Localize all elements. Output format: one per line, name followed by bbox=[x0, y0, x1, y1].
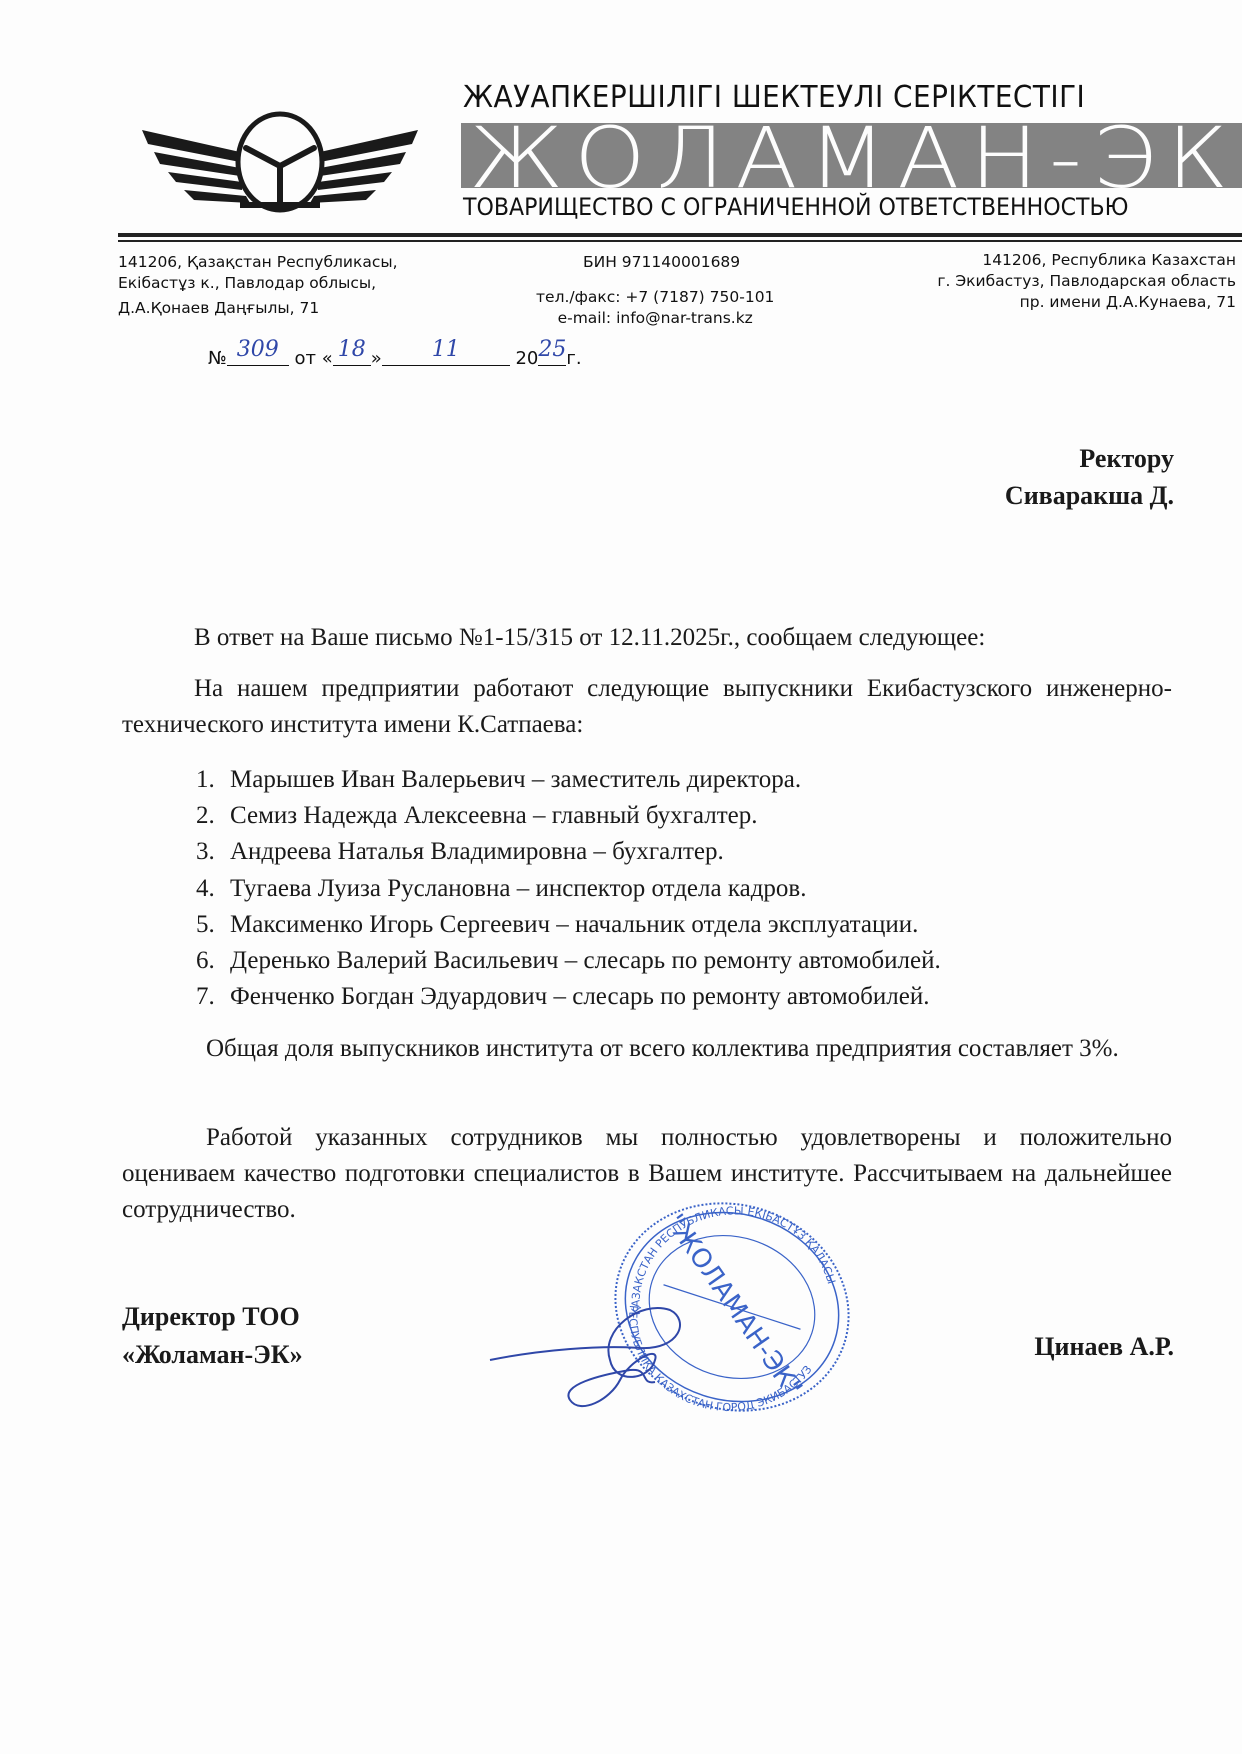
contacts: тел./факс: +7 (7187) 750-101 e-mail: inf… bbox=[536, 287, 774, 329]
list-text: Тугаева Луиза Руслановна – инспектор отд… bbox=[230, 871, 807, 907]
from-label: от « bbox=[294, 348, 332, 369]
outgoing-number: 309 bbox=[237, 337, 279, 362]
address-russian: 141206, Республика Казахстан г. Экибасту… bbox=[937, 250, 1236, 313]
company-type-russian: ТОВАРИЩЕСТВО С ОГРАНИЧЕННОЙ ОТВЕТСТВЕННО… bbox=[463, 193, 1128, 221]
winged-emblem-icon bbox=[140, 110, 420, 220]
position-title: Директор ТОО bbox=[122, 1298, 303, 1336]
addressee-title: Ректору bbox=[1005, 440, 1174, 477]
address-ru-line: г. Экибастуз, Павлодарская область bbox=[937, 271, 1236, 292]
graduates-list: 1.Марышев Иван Валерьевич – заместитель … bbox=[196, 762, 941, 1015]
position-company: «Жоламан-ЭК» bbox=[122, 1336, 303, 1374]
company-type-kazakh: ЖАУАПКЕРШІЛІГІ ШЕКТЕУЛІ СЕРІКТЕСТІГІ bbox=[463, 80, 1085, 115]
month-field: 11 bbox=[382, 345, 510, 366]
year-prefix: 20 bbox=[515, 348, 538, 369]
list-text: Марышев Иван Валерьевич – заместитель ди… bbox=[230, 762, 801, 798]
address-kz-line: Д.А.Қонаев Даңғылы, 71 bbox=[118, 298, 398, 319]
year-field: 25 bbox=[538, 345, 566, 366]
month-value: 11 bbox=[432, 337, 460, 362]
email: e-mail: info@nar-trans.kz bbox=[536, 308, 774, 329]
header-divider-thin bbox=[118, 240, 1242, 242]
list-item: 6.Деренько Валерий Васильевич – слесарь … bbox=[196, 943, 941, 979]
address-kz-line: Екібастұз к., Павлодар облысы, bbox=[118, 273, 398, 294]
paragraph-intro: В ответ на Ваше письмо №1-15/315 от 12.1… bbox=[122, 620, 1172, 656]
year-label: г. bbox=[566, 348, 581, 369]
phone-fax: тел./факс: +7 (7187) 750-101 bbox=[536, 287, 774, 308]
addressee-name: Сиваракша Д. bbox=[1005, 477, 1174, 514]
list-number: 1. bbox=[196, 762, 230, 798]
list-item: 5.Максименко Игорь Сергеевич – начальник… bbox=[196, 907, 941, 943]
year-suffix: 25 bbox=[538, 337, 566, 362]
list-number: 6. bbox=[196, 943, 230, 979]
list-text: Деренько Валерий Васильевич – слесарь по… bbox=[230, 943, 941, 979]
header-divider bbox=[118, 233, 1242, 237]
list-number: 2. bbox=[196, 798, 230, 834]
list-text: Андреева Наталья Владимировна – бухгалте… bbox=[230, 834, 724, 870]
list-item: 3.Андреева Наталья Владимировна – бухгал… bbox=[196, 834, 941, 870]
paragraph-graduates-intro: На нашем предприятии работают следующие … bbox=[122, 671, 1172, 743]
addressee: Ректору Сиваракша Д. bbox=[1005, 440, 1174, 514]
day-field: 18 bbox=[333, 345, 371, 366]
signatory-position: Директор ТОО «Жоламан-ЭК» bbox=[122, 1298, 303, 1374]
address-ru-line: пр. имени Д.А.Кунаева, 71 bbox=[937, 292, 1236, 313]
company-name-banner: ЖОЛАМАН-ЭК bbox=[461, 123, 1242, 188]
list-number: 3. bbox=[196, 834, 230, 870]
list-number: 4. bbox=[196, 871, 230, 907]
address-ru-line: 141206, Республика Казахстан bbox=[937, 250, 1236, 271]
list-item: 7.Фенченко Богдан Эдуардович – слесарь п… bbox=[196, 979, 941, 1015]
signatory-name: Цинаев А.Р. bbox=[1034, 1332, 1174, 1362]
list-item: 2.Семиз Надежда Алексеевна – главный бух… bbox=[196, 798, 941, 834]
list-text: Семиз Надежда Алексеевна – главный бухга… bbox=[230, 798, 757, 834]
number-label: № bbox=[208, 348, 227, 369]
list-text: Фенченко Богдан Эдуардович – слесарь по … bbox=[230, 979, 929, 1015]
bin-number: БИН 971140001689 bbox=[583, 252, 740, 273]
registration-line: №309 от «18»11 2025г. bbox=[208, 345, 582, 369]
list-number: 5. bbox=[196, 907, 230, 943]
day-value: 18 bbox=[338, 337, 366, 362]
address-kz-line: 141206, Қазақстан Республикасы, bbox=[118, 252, 398, 273]
handwritten-signature bbox=[480, 1290, 730, 1420]
outgoing-number-field: 309 bbox=[227, 345, 289, 366]
list-item: 1.Марышев Иван Валерьевич – заместитель … bbox=[196, 762, 941, 798]
list-text: Максименко Игорь Сергеевич – начальник о… bbox=[230, 907, 918, 943]
address-kazakh: 141206, Қазақстан Республикасы, Екібастұ… bbox=[118, 252, 398, 319]
list-item: 4.Тугаева Луиза Руслановна – инспектор о… bbox=[196, 871, 941, 907]
company-name: ЖОЛАМАН-ЭК bbox=[469, 123, 1239, 188]
list-number: 7. bbox=[196, 979, 230, 1015]
paragraph-share: Общая доля выпускников института от всег… bbox=[122, 1031, 1172, 1067]
close-quote: » bbox=[371, 348, 382, 369]
